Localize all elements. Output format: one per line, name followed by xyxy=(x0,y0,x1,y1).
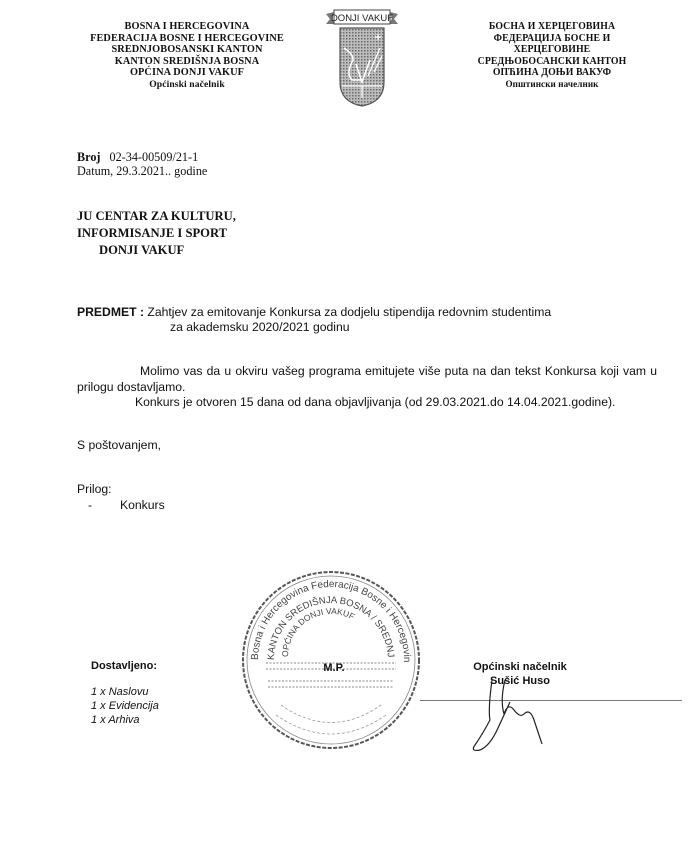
number-label: Broj xyxy=(77,150,100,164)
recipient-address: JU CENTAR ZA KULTURU, INFORMISANJE I SPO… xyxy=(77,208,236,258)
letterhead-cyrillic: БОСНА И ХЕРЦЕГОВИНА ФЕДЕРАЦИЈА БОСНЕ И Х… xyxy=(457,21,647,91)
crest-banner-text: DONJI VAKUF xyxy=(331,13,393,24)
distribution-item: 1 x Evidencija xyxy=(91,699,159,713)
letterhead-line: KANTON SREDIŠNJA BOSNA xyxy=(72,56,302,68)
official-stamp-icon: Bosna i Hercegovina Federacija Bosne i H… xyxy=(236,565,426,755)
subject-block: PREDMET : Zahtjev za emitovanje Konkursa… xyxy=(77,305,551,336)
distribution-item: 1 x Arhiva xyxy=(91,713,159,727)
subject-label: PREDMET : xyxy=(77,305,144,319)
recipient-line: DONJI VAKUF xyxy=(77,242,236,259)
body-paragraph: Konkurs je otvoren 15 dana od dana objav… xyxy=(77,395,657,411)
handwritten-signature-icon xyxy=(470,680,580,760)
letterhead-latin: BOSNA I HERCEGOVINA FEDERACIJA BOSNE I H… xyxy=(72,21,302,91)
letter-body: Molimo vas da u okviru vašeg programa em… xyxy=(77,364,657,411)
recipient-line: JU CENTAR ZA KULTURU, xyxy=(77,208,236,225)
signatory-title: Općinski načelnik xyxy=(445,660,595,674)
distribution-list: Dostavljeno: 1 x Naslovu 1 x Evidencija … xyxy=(91,659,159,727)
body-paragraph: Molimo vas da u okviru vašeg programa em… xyxy=(77,364,657,395)
attachment-item: -Konkurs xyxy=(77,498,165,514)
subject-text-continued: za akademsku 2020/2021 godinu xyxy=(77,320,551,335)
closing-salutation: S poštovanjem, xyxy=(77,438,161,452)
document-number: 02-34-00509/21-1 xyxy=(109,150,198,164)
letterhead-line: FEDERACIJA BOSNE I HERCEGOVINE xyxy=(72,33,302,45)
attachments-block: Prilog: -Konkurs xyxy=(77,482,165,513)
letterhead-line: СРЕДЊОБОСАНСКИ КАНТОН xyxy=(457,56,647,68)
stamp-mark: M.P. xyxy=(323,662,344,674)
letterhead-line: OPĆINA DONJI VAKUF xyxy=(72,67,302,79)
document-reference: Broj02-34-00509/21-1 Datum, 29.3.2021.. … xyxy=(77,150,207,178)
letterhead-office: Općinski načelnik xyxy=(72,79,302,91)
distribution-item: 1 x Naslovu xyxy=(91,685,159,699)
letterhead-office: Општински начелник xyxy=(457,79,647,91)
bullet-dash: - xyxy=(88,498,120,514)
letterhead-line: BOSNA I HERCEGOVINA xyxy=(72,21,302,33)
document-date: Datum, 29.3.2021.. godine xyxy=(77,164,207,178)
distribution-title: Dostavljeno: xyxy=(91,659,159,673)
attachment-name: Konkurs xyxy=(120,498,165,512)
letterhead-line: SREDNJOBOSANSKI KANTON xyxy=(72,44,302,56)
letterhead-line: ФЕДЕРАЦИЈА БОСНЕ И ХЕРЦЕГОВИНЕ xyxy=(457,33,647,56)
letterhead-line: БОСНА И ХЕРЦЕГОВИНА xyxy=(457,21,647,33)
municipality-crest-icon: DONJI VAKUF xyxy=(322,2,402,108)
attachments-label: Prilog: xyxy=(77,482,165,498)
letterhead-line: ОПЋИНА ДОЊИ ВАКУФ xyxy=(457,67,647,79)
subject-text: Zahtjev za emitovanje Konkursa za dodjel… xyxy=(147,305,551,319)
recipient-line: INFORMISANJE I SPORT xyxy=(77,225,236,242)
